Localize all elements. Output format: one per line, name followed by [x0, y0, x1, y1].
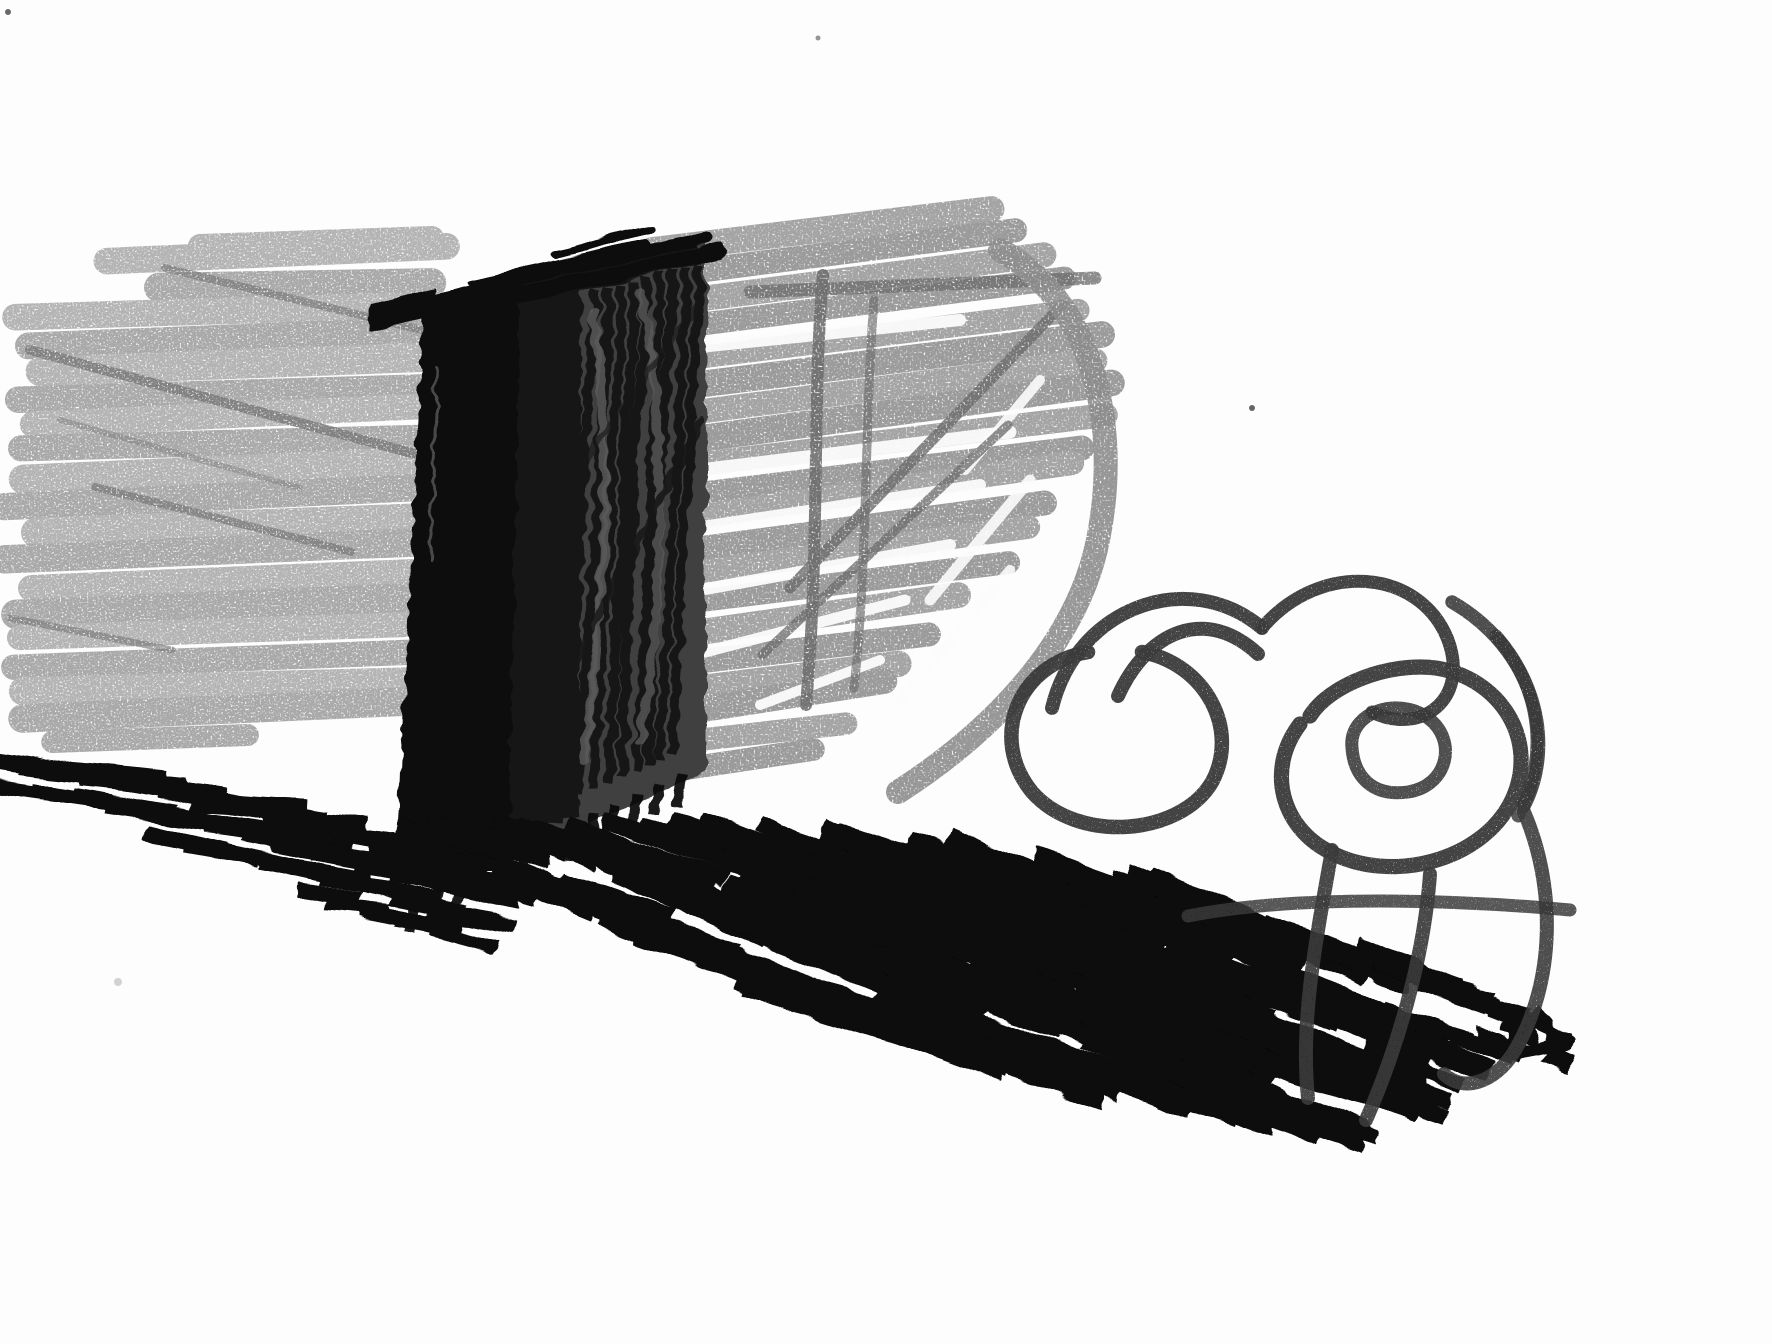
sketch-page	[0, 0, 1772, 1344]
paper-speck	[1249, 405, 1255, 411]
paper-speck	[816, 36, 821, 41]
paper-speck	[114, 978, 122, 986]
sketch-canvas	[0, 0, 1772, 1344]
paper-speck	[5, 9, 11, 15]
